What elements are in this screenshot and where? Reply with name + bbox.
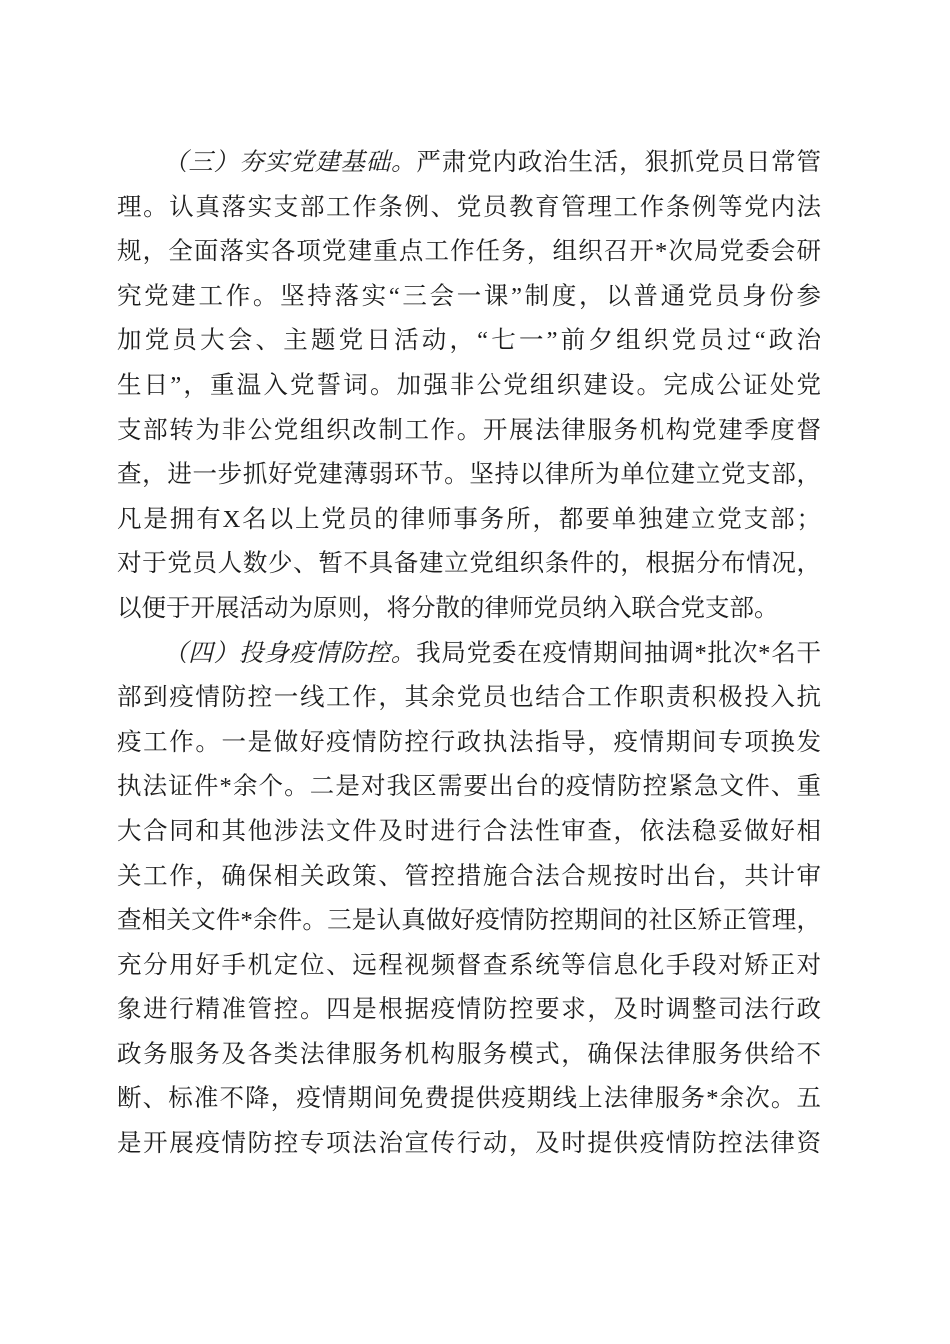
text-line: 政务服务及各类法律服务机构服务模式，确保法律服务供给不	[117, 1033, 821, 1078]
text-line: 部到疫情防控一线工作，其余党员也结合工作职责积极投入抗	[117, 676, 821, 721]
text-line: 大合同和其他涉法文件及时进行合法性审查，依法稳妥做好相	[117, 810, 821, 855]
text-line: 规，全面落实各项党建重点工作任务，组织召开*次局党委会研	[117, 230, 821, 275]
text-line: （四）投身疫情防控。我局党委在疫情期间抽调*批次*名干	[117, 632, 821, 677]
text-line: 关工作，确保相关政策、管控措施合法合规按时出台，共计审	[117, 855, 821, 900]
text-line: 象进行精准管控。四是根据疫情防控要求，及时调整司法行政	[117, 988, 821, 1033]
text-line: 查相关文件*余件。三是认真做好疫情防控期间的社区矫正管理，	[117, 899, 821, 944]
text-line: 疫工作。一是做好疫情防控行政执法指导，疫情期间专项换发	[117, 721, 821, 766]
paragraph-text: 我局党委在疫情期间抽调*批次*名干	[416, 640, 821, 667]
text-line: 断、标准不降，疫情期间免费提供疫期线上法律服务*余次。五	[117, 1077, 821, 1122]
text-line: 支部转为非公党组织改制工作。开展法律服务机构党建季度督	[117, 409, 821, 454]
paragraph-3: （三）夯实党建基础。严肃党内政治生活，狠抓党员日常管 理。认真落实支部工作条例、…	[117, 141, 821, 632]
paragraph-heading: （三）夯实党建基础。	[163, 149, 416, 176]
paragraph-heading: （四）投身疫情防控。	[163, 640, 416, 667]
text-line: 理。认真落实支部工作条例、党员教育管理工作条例等党内法	[117, 186, 821, 231]
text-line: 生日”，重温入党誓词。加强非公党组织建设。完成公证处党	[117, 364, 821, 409]
text-line: 对于党员人数少、暂不具备建立党组织条件的，根据分布情况，	[117, 542, 821, 587]
document-body: （三）夯实党建基础。严肃党内政治生活，狠抓党员日常管 理。认真落实支部工作条例、…	[117, 141, 821, 1167]
text-line: 究党建工作。坚持落实“三会一课”制度，以普通党员身份参	[117, 275, 821, 320]
text-line: 查，进一步抓好党建薄弱环节。坚持以律所为单位建立党支部，	[117, 453, 821, 498]
paragraph-text: 严肃党内政治生活，狠抓党员日常管	[416, 149, 821, 176]
text-line: 执法证件*余个。二是对我区需要出台的疫情防控紧急文件、重	[117, 765, 821, 810]
paragraph-4: （四）投身疫情防控。我局党委在疫情期间抽调*批次*名干 部到疫情防控一线工作，其…	[117, 632, 821, 1167]
text-line: 是开展疫情防控专项法治宣传行动，及时提供疫情防控法律资	[117, 1122, 821, 1167]
text-line: 加党员大会、主题党日活动，“七一”前夕组织党员过“政治	[117, 319, 821, 364]
text-line: 充分用好手机定位、远程视频督查系统等信息化手段对矫正对	[117, 944, 821, 989]
document-page: （三）夯实党建基础。严肃党内政治生活，狠抓党员日常管 理。认真落实支部工作条例、…	[0, 0, 950, 1344]
text-line: 凡是拥有X名以上党员的律师事务所，都要单独建立党支部；	[117, 498, 821, 543]
text-line: 以便于开展活动为原则，将分散的律师党员纳入联合党支部。	[117, 587, 821, 632]
text-line: （三）夯实党建基础。严肃党内政治生活，狠抓党员日常管	[117, 141, 821, 186]
